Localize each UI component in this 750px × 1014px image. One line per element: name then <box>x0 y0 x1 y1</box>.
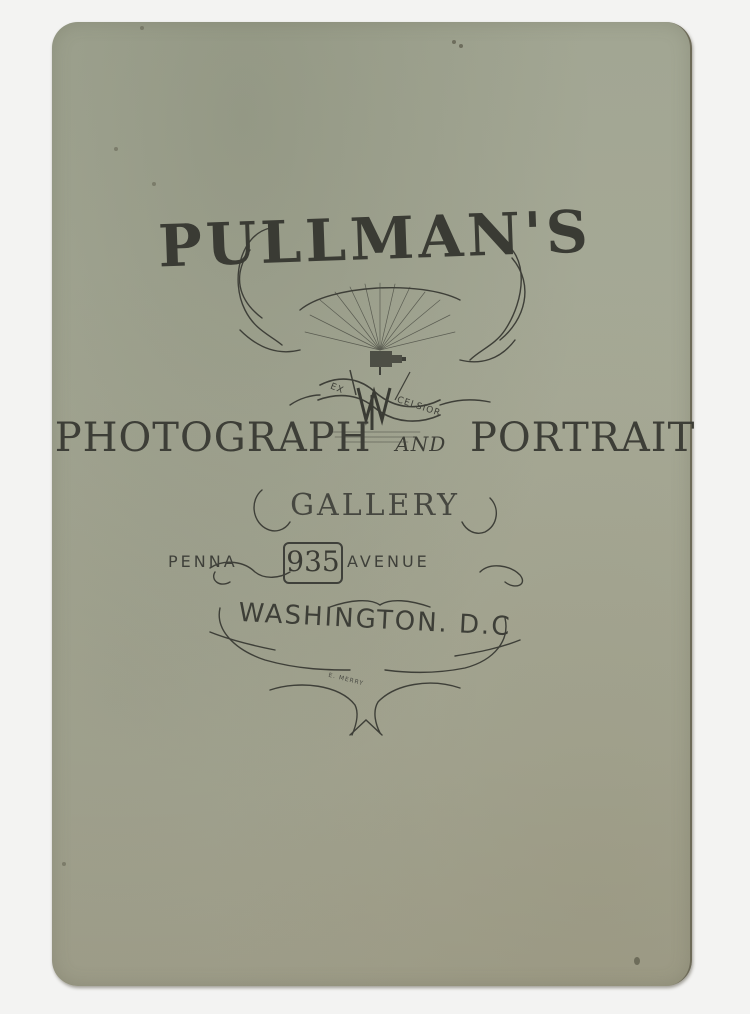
street-number: 935 <box>283 542 343 584</box>
photograph-text: PHOTOGRAPH <box>55 415 372 461</box>
gallery-text: GALLERY <box>0 488 750 523</box>
and-text: AND <box>395 432 446 456</box>
portrait-text: PORTRAIT <box>470 415 695 461</box>
street-address: PENNA 935 AVENUE <box>160 540 480 590</box>
studio-type: PHOTOGRAPH AND PORTRAIT <box>0 415 750 461</box>
street-left: PENNA <box>168 552 238 571</box>
street-right: AVENUE <box>347 552 430 571</box>
